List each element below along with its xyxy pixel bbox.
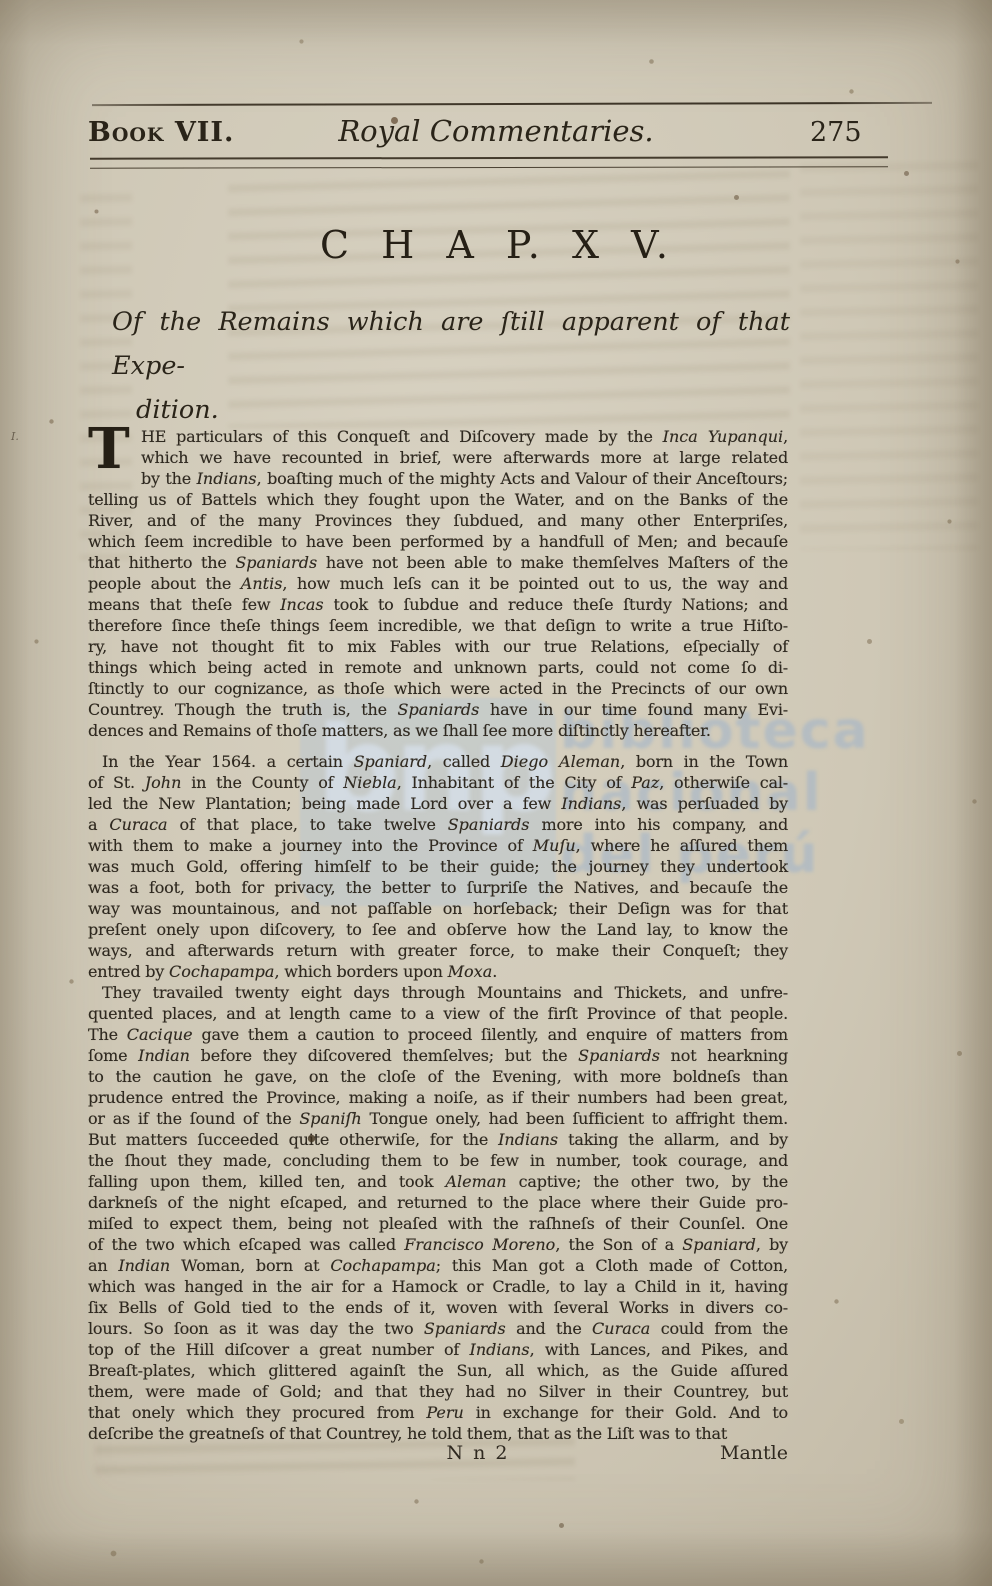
roman-text: Countrey. Though the truth is, the <box>88 700 398 719</box>
roman-text: an <box>88 1256 118 1275</box>
roman-text: therefore ſince theſe things ſeem incred… <box>88 616 788 635</box>
roman-text: HE particulars of this Conqueſt and Diſc… <box>141 427 663 446</box>
paragraph: They travailed twenty eight days through… <box>88 982 788 1444</box>
italic-text: Cochapampa <box>169 962 274 981</box>
roman-text: , how much leſs can it be pointed out to… <box>282 574 788 593</box>
text-line: Breaſt-plates, which glittered againſt t… <box>88 1360 788 1381</box>
text-line: which we have recounted in brief, were a… <box>88 447 788 468</box>
text-line: which was hanged in the air for a Hamock… <box>88 1276 788 1297</box>
italic-text: Moxa <box>448 962 493 981</box>
roman-text: , where he aſſured them <box>576 836 788 855</box>
italic-text: Curaca <box>592 1319 650 1338</box>
roman-text: with them to make a journey into the Pro… <box>88 836 533 855</box>
roman-text: took to ſubdue and reduce theſe ſturdy N… <box>324 595 788 614</box>
roman-text: that hitherto the <box>88 553 235 572</box>
page-number: 275 <box>810 117 862 148</box>
text-line: ſome Indian before they diſcovered themſ… <box>88 1045 788 1066</box>
roman-text: Breaſt-plates, which glittered againſt t… <box>88 1361 788 1380</box>
text-line: a Curaca of that place, to take twelve S… <box>88 814 788 835</box>
roman-text: of the two which eſcaped was called <box>88 1235 404 1254</box>
roman-text: which ſeem incredible to have been perfo… <box>88 532 788 551</box>
roman-text: , by <box>756 1235 788 1254</box>
italic-text: Spaniards <box>578 1046 660 1065</box>
roman-text: which was hanged in the air for a Hamock… <box>88 1277 788 1296</box>
text-line: or as if the ſound of the Spaniſh Tongue… <box>88 1108 788 1129</box>
roman-text: preſent onely upon diſcovery, to ſee and… <box>88 920 788 939</box>
italic-text: Spaniards <box>398 700 480 719</box>
italic-text: Antis <box>241 574 283 593</box>
roman-text: , boaſting much of the mighty Acts and V… <box>257 469 788 488</box>
roman-text: But matters ſucceeded quite otherwiſe, f… <box>88 1130 498 1149</box>
roman-text: way was mountainous, and not paſſable on… <box>88 899 788 918</box>
italic-text: Indians <box>197 469 257 488</box>
roman-text: that onely which they procured from <box>88 1403 426 1422</box>
roman-text: . <box>492 962 497 981</box>
roman-text: led the New Plantation; being made Lord … <box>88 794 561 813</box>
text-line: was a foot, both for privacy, the better… <box>88 877 788 898</box>
text-line: things which being acted in remote and u… <box>88 657 788 678</box>
text-line: prudence entred the Province, making a n… <box>88 1087 788 1108</box>
roman-text: , called <box>427 752 501 771</box>
roman-text: , otherwiſe cal- <box>659 773 788 792</box>
italic-text: Peru <box>426 1403 463 1422</box>
text-line: miſed to expect them, being not pleaſed … <box>88 1213 788 1234</box>
text-line: In the Year 1564. a certain Spaniard, ca… <box>88 751 788 772</box>
italic-text: Cacique <box>127 1025 193 1044</box>
roman-text: quented places, and at length came to a … <box>88 1004 788 1023</box>
italic-text: Curaca <box>109 815 167 834</box>
text-line: to the caution he gave, on the cloſe of … <box>88 1066 788 1087</box>
body-text: THE particulars of this Conqueſt and Diſ… <box>88 426 788 1444</box>
text-line: that hitherto the Spaniards have not bee… <box>88 552 788 573</box>
roman-text: , was perſuaded by <box>621 794 788 813</box>
text-line: Countrey. Though the truth is, the Spani… <box>88 699 788 720</box>
italic-text: Diego Aleman <box>501 752 620 771</box>
roman-text: or as if the ſound of the <box>88 1109 299 1128</box>
italic-text: John <box>145 773 182 792</box>
italic-text: Paz <box>631 773 659 792</box>
text-line: HE particulars of this Conqueſt and Diſc… <box>88 426 788 447</box>
roman-text: in the County of <box>181 773 343 792</box>
roman-text: ; this Man got a Cloth made of Cotton, <box>436 1256 788 1275</box>
roman-text: darkneſs of the night eſcaped, and retur… <box>88 1193 788 1212</box>
roman-text: , which borders upon <box>274 962 447 981</box>
roman-text: in exchange for their Gold. And to <box>464 1403 788 1422</box>
text-line: preſent onely upon diſcovery, to ſee and… <box>88 919 788 940</box>
roman-text: , <box>783 427 788 446</box>
text-line: ways, and afterwards return with greater… <box>88 940 788 961</box>
italic-text: Spaniſh <box>299 1109 361 1128</box>
paragraph: THE particulars of this Conqueſt and Diſ… <box>88 426 788 741</box>
roman-text: of St. <box>88 773 145 792</box>
chapter-subtitle: Of the Remains which are ſtill apparent … <box>112 300 790 432</box>
roman-text: dences and Remains of thoſe matters, as … <box>88 721 711 740</box>
text-line: with them to make a journey into the Pro… <box>88 835 788 856</box>
text-line: people about the Antis, how much leſs ca… <box>88 573 788 594</box>
roman-text: the ſhout they made, concluding them to … <box>88 1151 788 1170</box>
italic-text: Spaniards <box>424 1319 506 1338</box>
italic-text: Indians <box>470 1340 530 1359</box>
text-line: quented places, and at length came to a … <box>88 1003 788 1024</box>
italic-text: Francisco Moreno <box>404 1235 555 1254</box>
text-line: that onely which they procured from Peru… <box>88 1402 788 1423</box>
italic-text: Spaniards <box>235 553 317 572</box>
roman-text: deſcribe the greatneſs of that Countrey,… <box>88 1424 727 1443</box>
roman-text: more into his company, and <box>530 815 788 834</box>
roman-text: lours. So ſoon as it was day the two <box>88 1319 424 1338</box>
text-line: telling us of Battels which they fought … <box>88 489 788 510</box>
text-line: means that theſe few Incas took to ſubdu… <box>88 594 788 615</box>
text-line: of the two which eſcaped was called Fran… <box>88 1234 788 1255</box>
text-line: They travailed twenty eight days through… <box>88 982 788 1003</box>
text-line: ſix Bells of Gold tied to the ends of it… <box>88 1297 788 1318</box>
text-line: dences and Remains of thoſe matters, as … <box>88 720 788 741</box>
roman-text: ways, and afterwards return with greater… <box>88 941 788 960</box>
roman-text: They travailed twenty eight days through… <box>102 983 788 1002</box>
italic-text: Indians <box>498 1130 558 1149</box>
roman-text: miſed to expect them, being not pleaſed … <box>88 1214 788 1233</box>
italic-text: Muſu <box>533 836 576 855</box>
italic-text: Aleman <box>445 1172 506 1191</box>
roman-text: things which being acted in remote and u… <box>88 658 788 677</box>
text-line: was much Gold, offering himſelf to be th… <box>88 856 788 877</box>
roman-text: ſome <box>88 1046 138 1065</box>
roman-text: means that theſe few <box>88 595 280 614</box>
page-bleedthrough <box>800 150 978 550</box>
text-line: top of the Hill diſcover a great number … <box>88 1339 788 1360</box>
italic-text: Spaniards <box>448 815 530 834</box>
header-rule <box>92 102 932 106</box>
text-line: But matters ſucceeded quite otherwiſe, f… <box>88 1129 788 1150</box>
chapter-subtitle-line: Of the Remains which are ſtill apparent … <box>112 300 790 388</box>
italic-text: Indian <box>138 1046 190 1065</box>
text-line: ry, have not thought fit to mix Fables w… <box>88 636 788 657</box>
gathering-signature: N n 2 <box>128 1442 828 1464</box>
roman-text: top of the Hill diſcover a great number … <box>88 1340 470 1359</box>
text-line: entred by Cochapampa, which borders upon… <box>88 961 788 982</box>
margin-mark: I. <box>11 430 19 443</box>
italic-text: Niebla <box>343 773 396 792</box>
text-line: way was mountainous, and not paſſable on… <box>88 898 788 919</box>
header-double-rule <box>90 156 888 168</box>
roman-text: before they diſcovered themſelves; but t… <box>190 1046 578 1065</box>
roman-text: telling us of Battels which they fought … <box>88 490 788 509</box>
book-page-scan: bnp biblioteca nacional del perú Book VI… <box>0 0 992 1586</box>
roman-text: of that place, to take twelve <box>168 815 448 834</box>
roman-text: , Inhabitant of the City of <box>397 773 632 792</box>
italic-text: Indian <box>118 1256 170 1275</box>
roman-text: , born in the Town <box>620 752 788 771</box>
roman-text: In the Year 1564. a certain <box>102 752 354 771</box>
roman-text: gave them a caution to proceed ſilently,… <box>193 1025 788 1044</box>
italic-text: Spaniard <box>354 752 428 771</box>
text-line: by the Indians, boaſting much of the mig… <box>88 468 788 489</box>
italic-text: Incas <box>280 595 323 614</box>
roman-text: could from the <box>650 1319 788 1338</box>
text-line: darkneſs of the night eſcaped, and retur… <box>88 1192 788 1213</box>
text-line: them, were made of Gold; and that they h… <box>88 1381 788 1402</box>
roman-text: was much Gold, offering himſelf to be th… <box>88 857 788 876</box>
italic-text: Inca Yupanqui <box>663 427 783 446</box>
roman-text: Woman, born at <box>170 1256 330 1275</box>
roman-text: Tongue onely, had been ſufficient to aff… <box>362 1109 788 1128</box>
roman-text: ſtinctly to our cognizance, as thoſe whi… <box>88 679 788 698</box>
roman-text: was a foot, both for privacy, the better… <box>88 878 788 897</box>
text-line: led the New Plantation; being made Lord … <box>88 793 788 814</box>
italic-text: Indians <box>561 794 621 813</box>
text-line: falling upon them, killed ten, and took … <box>88 1171 788 1192</box>
roman-text: , the Son of a <box>555 1235 682 1254</box>
roman-text: have in our time found many Evi- <box>479 700 788 719</box>
roman-text: prudence entred the Province, making a n… <box>88 1088 788 1107</box>
roman-text: which we have recounted in brief, were a… <box>141 448 788 467</box>
drop-cap: T <box>88 427 134 469</box>
text-line: the ſhout they made, concluding them to … <box>88 1150 788 1171</box>
roman-text: falling upon them, killed ten, and took <box>88 1172 445 1191</box>
italic-text: Cochapampa <box>330 1256 435 1275</box>
roman-text: ry, have not thought fit to mix Fables w… <box>88 637 788 656</box>
roman-text: River, and of the many Provinces they ſu… <box>88 511 788 530</box>
roman-text: taking the allarm, and by <box>558 1130 788 1149</box>
text-line: The Cacique gave them a caution to proce… <box>88 1024 788 1045</box>
roman-text: captive; the other two, by the <box>507 1172 788 1191</box>
text-line: lours. So ſoon as it was day the two Spa… <box>88 1318 788 1339</box>
text-line: which ſeem incredible to have been perfo… <box>88 531 788 552</box>
roman-text: people about the <box>88 574 241 593</box>
roman-text: by the <box>141 469 197 488</box>
roman-text: them, were made of Gold; and that they h… <box>88 1382 788 1401</box>
chapter-heading: C H A P. X V. <box>0 223 992 267</box>
roman-text: , with Lances, and Pikes, and <box>530 1340 788 1359</box>
roman-text: have not been able to make themſelves Ma… <box>317 553 788 572</box>
text-line: deſcribe the greatneſs of that Countrey,… <box>88 1423 788 1444</box>
text-line: River, and of the many Provinces they ſu… <box>88 510 788 531</box>
text-line: ſtinctly to our cognizance, as thoſe whi… <box>88 678 788 699</box>
roman-text: to the caution he gave, on the cloſe of … <box>88 1067 788 1086</box>
paragraph: In the Year 1564. a certain Spaniard, ca… <box>88 751 788 982</box>
roman-text: entred by <box>88 962 169 981</box>
italic-text: Spaniard <box>682 1235 756 1254</box>
text-line: an Indian Woman, born at Cochapampa; thi… <box>88 1255 788 1276</box>
text-line: of St. John in the County of Niebla, Inh… <box>88 772 788 793</box>
roman-text: ſix Bells of Gold tied to the ends of it… <box>88 1298 788 1317</box>
roman-text: not hearkning <box>660 1046 788 1065</box>
text-line: therefore ſince theſe things ſeem incred… <box>88 615 788 636</box>
roman-text: The <box>88 1025 127 1044</box>
foxing-specks <box>0 0 3 3</box>
roman-text: a <box>88 815 109 834</box>
roman-text: and the <box>506 1319 592 1338</box>
